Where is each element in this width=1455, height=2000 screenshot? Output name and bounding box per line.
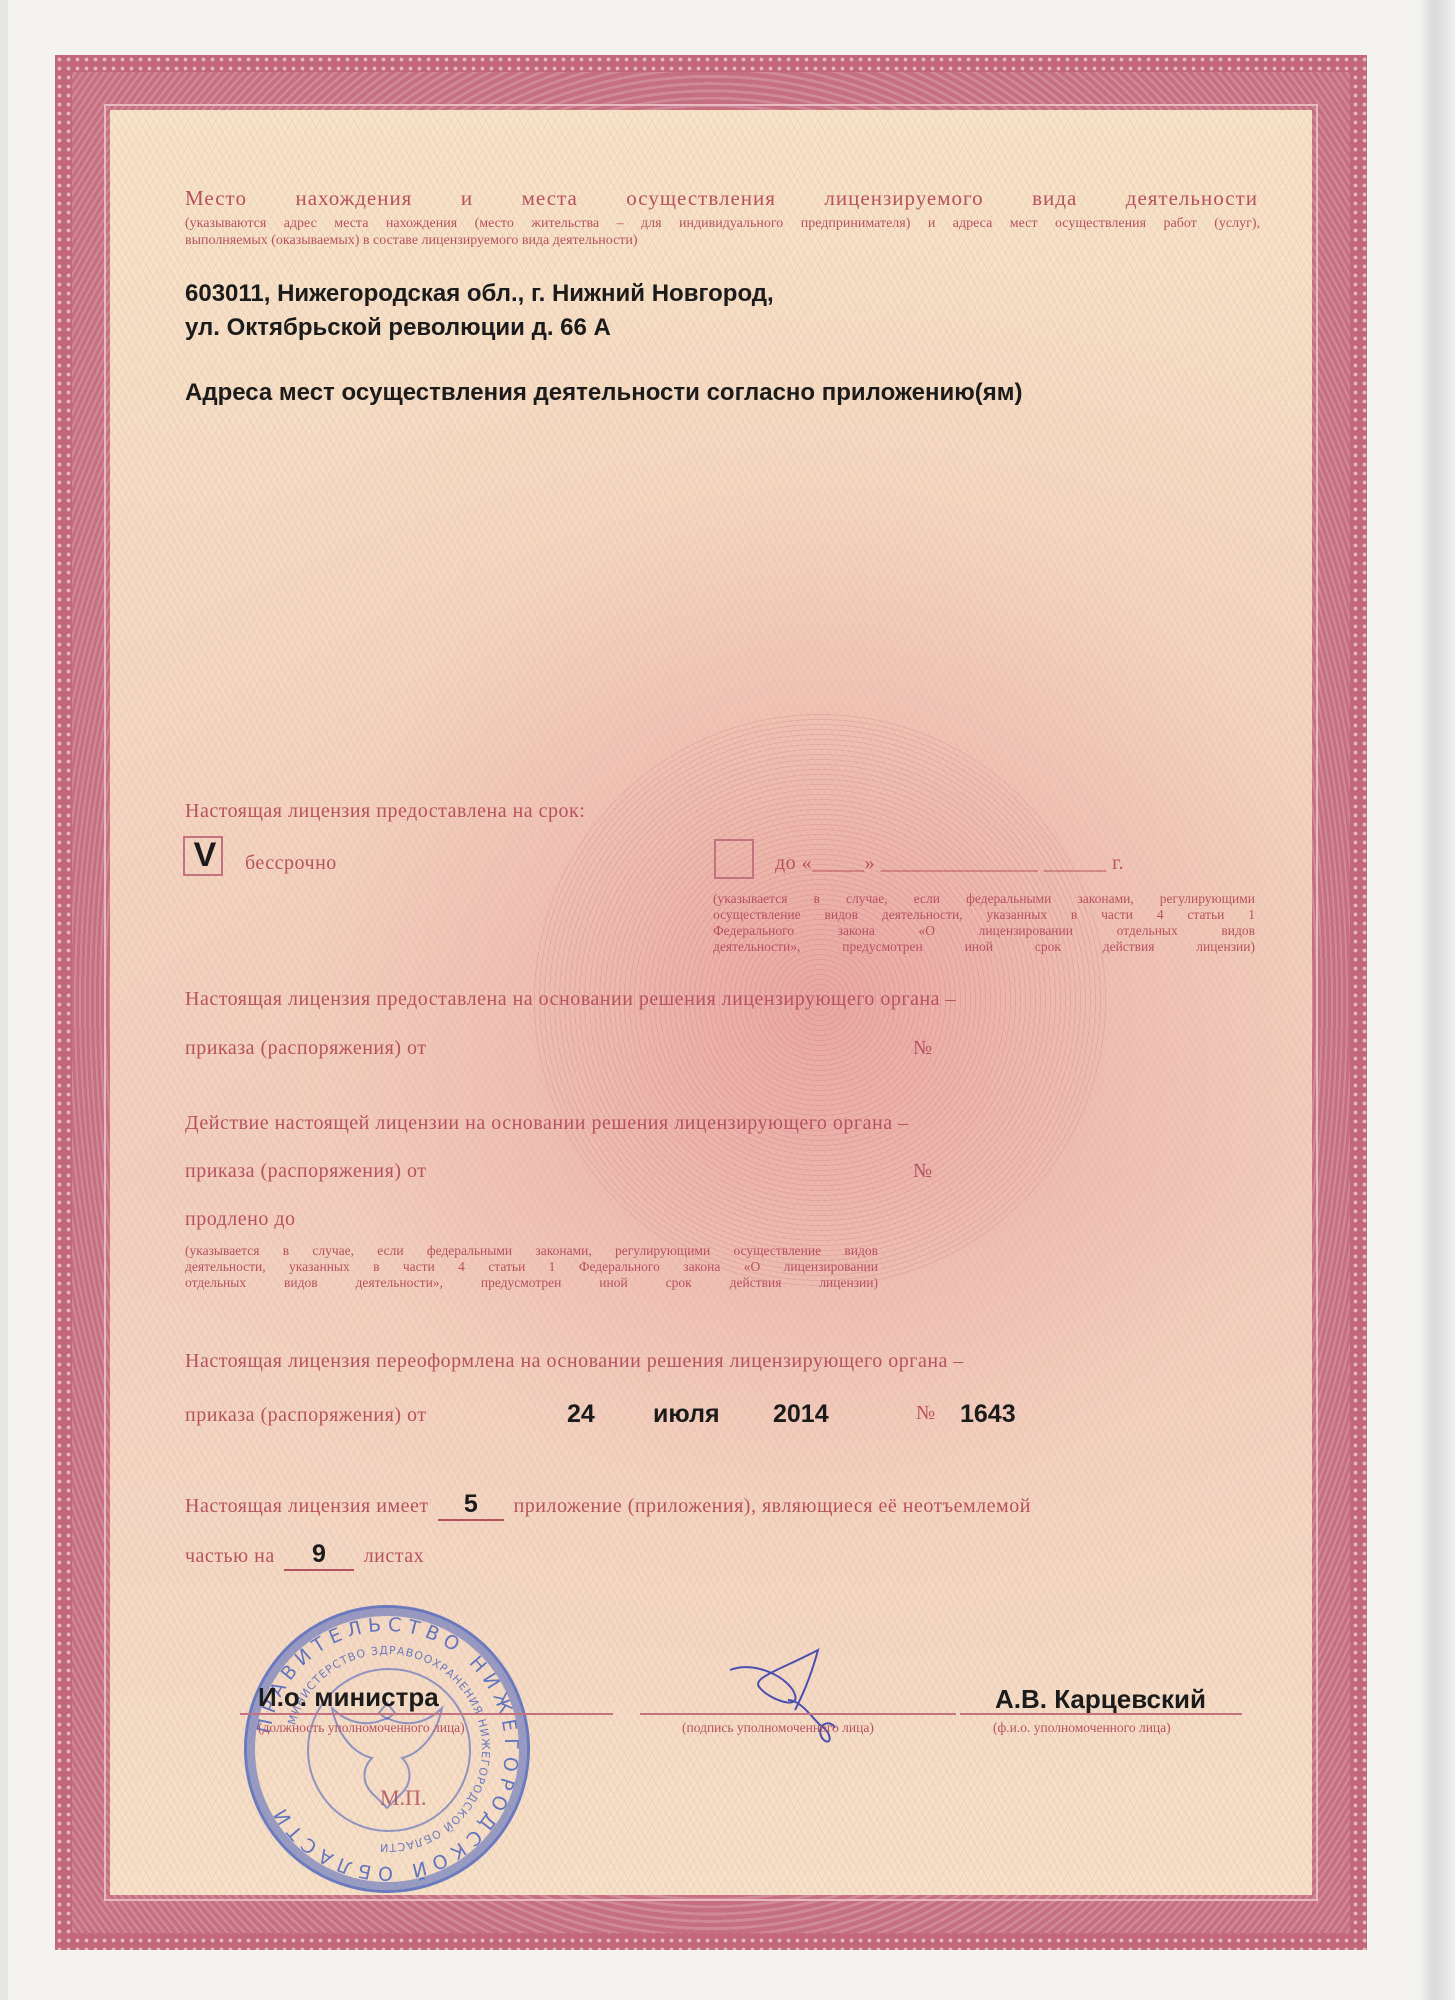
extended-order-label: приказа (распоряжения) от — [185, 1160, 426, 1183]
extended-note-line-2: деятельности, указанных в части 4 статьи… — [185, 1259, 878, 1275]
until-date-note: (указывается в случае, если федеральными… — [713, 891, 1255, 955]
appendices-suffix: приложение (приложения), являющиеся её н… — [514, 1495, 1031, 1517]
extended-note: (указывается в случае, если федеральными… — [185, 1243, 878, 1291]
signature-caption: (подпись уполномоченного лица) — [682, 1720, 874, 1736]
appendices-prefix: Настоящая лицензия имеет — [185, 1495, 429, 1517]
scan-edge-right — [1420, 0, 1455, 2000]
perpetual-checkbox[interactable]: V — [183, 836, 223, 876]
official-seal-stamp: ПРАВИТЕЛЬСТВО НИЖЕГОРОДСКОЙ ОБЛАСТИ МИНИ… — [244, 1605, 530, 1893]
sheets-count-field: 9 — [284, 1540, 354, 1571]
position-caption: (должность уполномоченного лица) — [258, 1720, 465, 1736]
extended-basis-label: Действие настоящей лицензии на основании… — [185, 1112, 909, 1135]
sheets-prefix: частью на — [185, 1545, 275, 1567]
position-line — [240, 1713, 613, 1715]
signature-line — [640, 1713, 956, 1715]
signatory-position: И.о. министра — [258, 1682, 439, 1713]
reissued-month: июля — [653, 1400, 720, 1429]
extended-number-sign: № — [913, 1160, 933, 1183]
appendices-line: Настоящая лицензия имеет 5 приложение (п… — [185, 1490, 1031, 1521]
svg-text:МИНИСТЕРСТВО ЗДРАВООХРАНЕНИЯ Н: МИНИСТЕРСТВО ЗДРАВООХРАНЕНИЯ НИЖЕГОРОДСК… — [285, 1644, 492, 1854]
extended-note-line-1: (указывается в случае, если федеральными… — [185, 1243, 878, 1259]
granted-number-sign: № — [913, 1037, 933, 1060]
perpetual-label: бессрочно — [245, 852, 337, 875]
reissued-year: 2014 — [773, 1400, 829, 1429]
reissued-number: 1643 — [960, 1400, 1016, 1429]
reissued-order-label: приказа (распоряжения) от — [185, 1404, 426, 1427]
granted-basis-label: Настоящая лицензия предоставлена на осно… — [185, 988, 956, 1011]
appendices-count-field: 5 — [438, 1490, 504, 1521]
location-note-line-2: выполняемых (оказываемых) в составе лице… — [185, 232, 1260, 249]
signatory-name: А.В. Карцевский — [995, 1684, 1206, 1715]
name-line — [960, 1713, 1242, 1715]
location-note-line-1: (указываются адрес места нахождения (мес… — [185, 215, 1260, 232]
address-line-2: ул. Октябрьской революции д. 66 А — [185, 312, 611, 344]
location-heading: Место нахождения и места осуществления л… — [185, 186, 1258, 211]
addresses-appendix-note: Адреса мест осуществления деятельности с… — [185, 377, 1022, 409]
until-date-label: до «_____» _______________ ______ г. — [775, 852, 1124, 875]
appendices-count: 5 — [464, 1490, 478, 1518]
reissued-basis-label: Настоящая лицензия переоформлена на осно… — [185, 1350, 964, 1373]
extended-until-label: продлено до — [185, 1208, 296, 1231]
name-caption: (ф.и.о. уполномоченного лица) — [993, 1720, 1171, 1736]
sheets-line: частью на 9 листах — [185, 1540, 424, 1571]
reissued-day: 24 — [567, 1400, 595, 1429]
scan-edge-left — [0, 0, 8, 2000]
until-note-line-3: Федерального закона «О лицензировании от… — [713, 923, 1255, 939]
reissued-number-sign: № — [916, 1402, 936, 1425]
seal-placeholder-label: М.П. — [380, 1785, 426, 1811]
until-note-line-2: осуществление видов деятельности, указан… — [713, 907, 1255, 923]
until-date-checkbox[interactable] — [714, 839, 754, 879]
sheets-suffix: листах — [364, 1545, 424, 1567]
location-heading-note: (указываются адрес места нахождения (мес… — [185, 215, 1260, 249]
extended-note-line-3: отдельных видов деятельности», предусмот… — [185, 1275, 878, 1291]
stamp-text-icon: ПРАВИТЕЛЬСТВО НИЖЕГОРОДСКОЙ ОБЛАСТИ МИНИ… — [247, 1608, 527, 1890]
sheets-count: 9 — [312, 1540, 326, 1568]
address-line-1: 603011, Нижегородская обл., г. Нижний Но… — [185, 278, 774, 310]
granted-order-label: приказа (распоряжения) от — [185, 1037, 426, 1060]
check-mark: V — [185, 836, 225, 875]
until-note-line-1: (указывается в случае, если федеральными… — [713, 891, 1255, 907]
until-note-line-4: деятельности», предусмотрен иной срок де… — [713, 939, 1255, 955]
term-label: Настоящая лицензия предоставлена на срок… — [185, 800, 585, 823]
